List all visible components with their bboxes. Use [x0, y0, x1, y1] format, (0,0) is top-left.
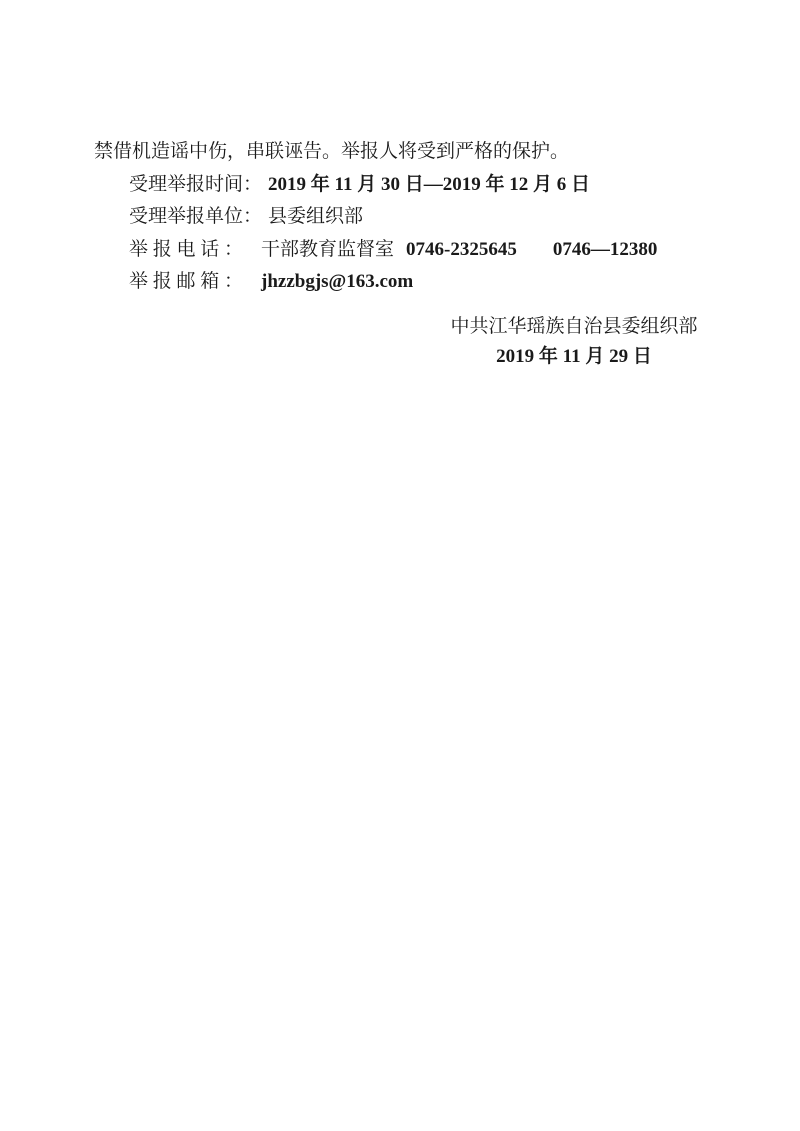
signature-date: 2019 年 11 月 29 日 — [448, 345, 700, 369]
paragraph-opening-line: 禁借机造谣中伤，串联诬告。举报人将受到严格的保护。 — [94, 140, 569, 164]
field-row-report-phone: 举 报 电 话 ：干部教育监督室0746-23256450746—12380 — [129, 238, 657, 262]
document-page: 禁借机造谣中伤，串联诬告。举报人将受到严格的保护。 受理举报时间：2019 年 … — [0, 0, 800, 1131]
report-email-value: jhzzbgjs@163.com — [261, 271, 413, 292]
report-phone-office: 干部教育监督室 — [261, 239, 394, 260]
field-row-report-email: 举 报 邮 箱 ：jhzzbgjs@163.com — [129, 270, 413, 294]
report-phone-number-1: 0746-2325645 — [406, 239, 517, 260]
report-time-label: 受理举报时间： — [129, 173, 262, 197]
report-email-label: 举 报 邮 箱 ： — [129, 270, 255, 294]
signature-block: 中共江华瑶族自治县委组织部 2019 年 11 月 29 日 — [448, 315, 700, 369]
report-phone-label: 举 报 电 话 ： — [129, 238, 255, 262]
report-phone-number-2: 0746—12380 — [553, 239, 658, 260]
field-row-report-time: 受理举报时间：2019 年 11 月 30 日—2019 年 12 月 6 日 — [129, 173, 590, 197]
report-time-value: 2019 年 11 月 30 日—2019 年 12 月 6 日 — [268, 174, 590, 195]
signature-organization: 中共江华瑶族自治县委组织部 — [448, 315, 700, 339]
report-unit-value: 县委组织部 — [268, 206, 363, 227]
field-row-report-unit: 受理举报单位：县委组织部 — [129, 205, 363, 229]
report-unit-label: 受理举报单位： — [129, 205, 262, 229]
